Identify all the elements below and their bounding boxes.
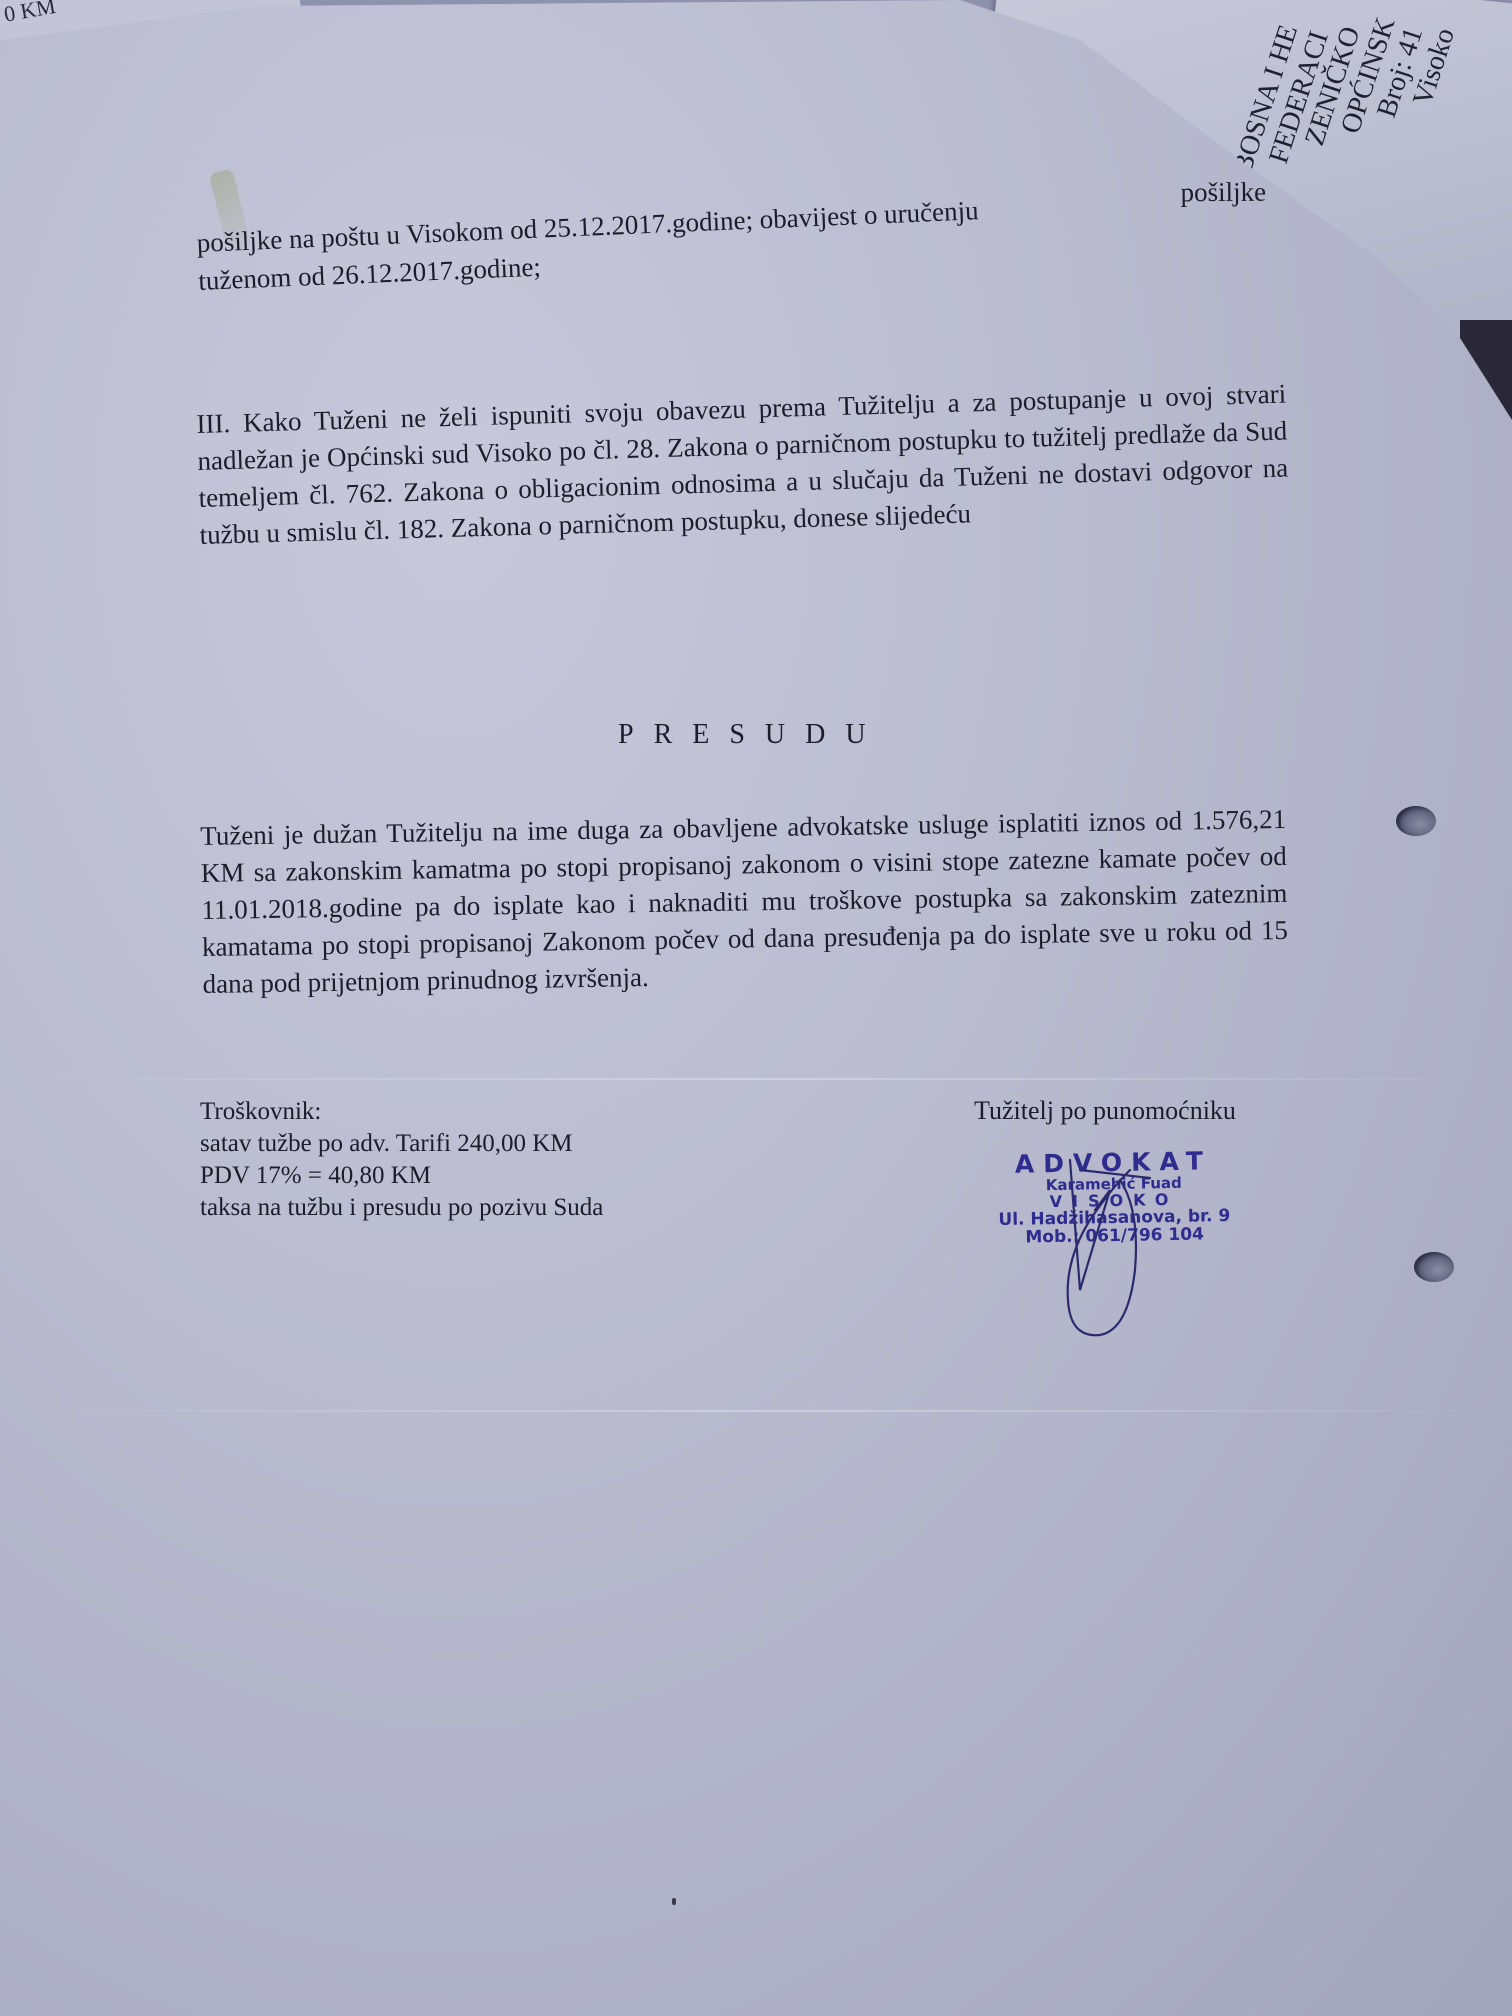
cost-item: PDV 17% = 40,80 KM xyxy=(200,1160,720,1192)
fold-line xyxy=(0,1078,1512,1080)
punch-hole xyxy=(1396,806,1436,836)
paragraph-delivery: pošiljke pošiljke na poštu u Visokom od … xyxy=(196,179,1278,300)
speck xyxy=(672,1898,676,1905)
signature-icon xyxy=(1040,1150,1160,1340)
line-tail: pošiljke xyxy=(1180,173,1266,212)
judgment-title: PRESUDU xyxy=(618,716,886,754)
document-page: pošiljke pošiljke na poštu u Visokom od … xyxy=(0,0,1512,2016)
signer-label: Tužitelj po punomoćniku xyxy=(974,1092,1236,1130)
paragraph-judgment: Tuženi je dužan Tužitelju na ime duga za… xyxy=(200,801,1289,1003)
cost-item: taksa na tužbu i presudu po pozivu Suda xyxy=(200,1192,720,1224)
paragraph-iii: III. Kako Tuženi ne želi ispuniti svoju … xyxy=(196,376,1290,554)
cost-list: Troškovnik: satav tužbe po adv. Tarifi 2… xyxy=(200,1096,720,1224)
cost-heading: Troškovnik: xyxy=(200,1096,720,1128)
cost-item: satav tužbe po adv. Tarifi 240,00 KM xyxy=(200,1128,720,1160)
fold-line xyxy=(0,1410,1512,1412)
court-stamp: BOSNA I HE FEDERACI ZENIČKO OPĆINSK Broj… xyxy=(1208,8,1468,178)
punch-hole xyxy=(1414,1252,1454,1282)
